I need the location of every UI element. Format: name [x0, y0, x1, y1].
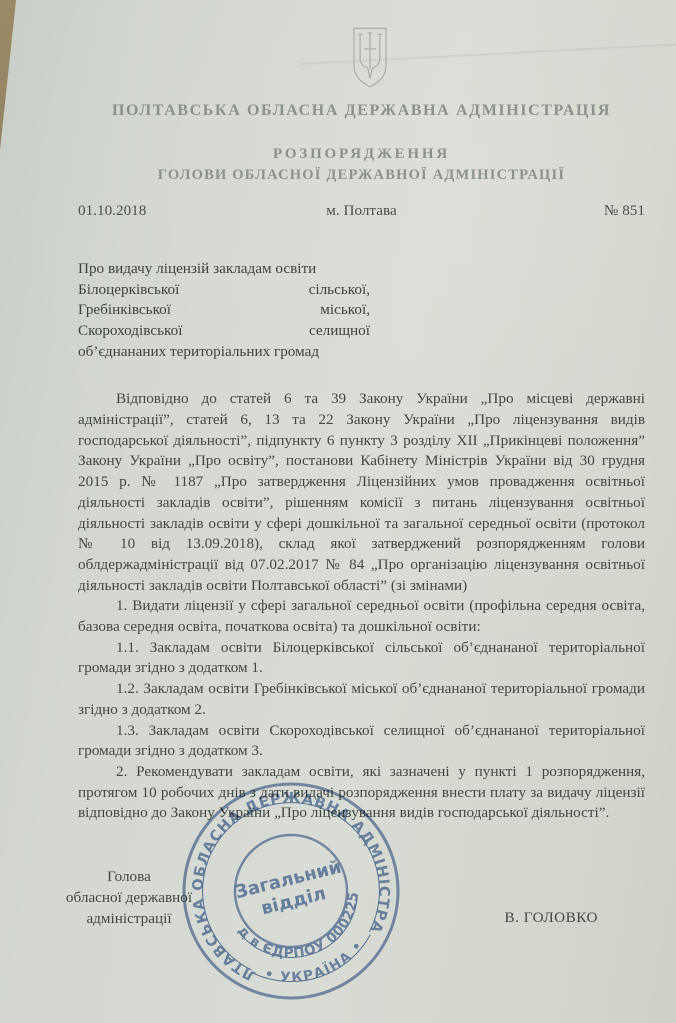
paragraph-item-1-3: 1.3. Закладам освіти Скороходівської сел…: [78, 721, 645, 762]
paragraph-item-1-1: 1.1. Закладам освіти Білоцерківської сіл…: [78, 638, 645, 679]
document-paper: ПОЛТАВСЬКА ОБЛАСНА ДЕРЖАВНА АДМІНІСТРАЦІ…: [0, 0, 676, 1023]
subject-community-type: міської,: [320, 300, 370, 321]
subject-line-2: Білоцерківської сільської,: [78, 280, 370, 301]
paragraph-item-1: 1. Видати ліцензії у сфері загальної сер…: [78, 596, 645, 637]
subject-line-4: Скороходівської селищної: [78, 321, 370, 342]
subject-community-name: Гребінківської: [78, 300, 171, 321]
document-number: № 851: [397, 201, 645, 222]
subject-community-type: сільської,: [309, 280, 370, 301]
official-round-stamp: ПОЛТАВСЬКА ОБЛАСНА ДЕРЖАВНА АДМІНІСТРАЦІ…: [166, 766, 416, 1016]
document-subtype-title: ГОЛОВИ ОБЛАСНОЇ ДЕРЖАВНОЇ АДМІНІСТРАЦІЇ: [78, 165, 645, 186]
document-place: м. Полтава: [326, 201, 396, 222]
paragraph-legal-basis: Відповідно до статей 6 та 39 Закону Укра…: [78, 389, 645, 596]
ukraine-trident-emblem: [339, 26, 401, 90]
document-type-title: РОЗПОРЯДЖЕННЯ: [78, 144, 645, 165]
emblem-trident: [357, 33, 381, 79]
subject-block: Про видачу ліцензій закладам освіти Біло…: [78, 259, 370, 363]
subject-community-type: селищної: [309, 321, 370, 342]
subject-line-3: Гребінківської міської,: [78, 300, 370, 321]
date-row: 01.10.2018 м. Полтава № 851: [78, 201, 645, 222]
organization-name: ПОЛТАВСЬКА ОБЛАСНА ДЕРЖАВНА АДМІНІСТРАЦІ…: [78, 101, 645, 122]
subject-community-name: Білоцерківської: [78, 280, 179, 301]
subject-line-1: Про видачу ліцензій закладам освіти: [78, 259, 370, 280]
paragraph-item-1-2: 1.2. Закладам освіти Гребінківської місь…: [78, 679, 645, 720]
signer-name: В. ГОЛОВКО: [505, 908, 598, 929]
subject-community-name: Скороходівської: [78, 321, 182, 342]
scanned-document-photo: { "header": { "org_name": "ПОЛТАВСЬКА ОБ…: [0, 0, 676, 1023]
document-date: 01.10.2018: [78, 201, 326, 222]
subject-line-5: об’єднананих територіальних громад: [78, 342, 370, 363]
